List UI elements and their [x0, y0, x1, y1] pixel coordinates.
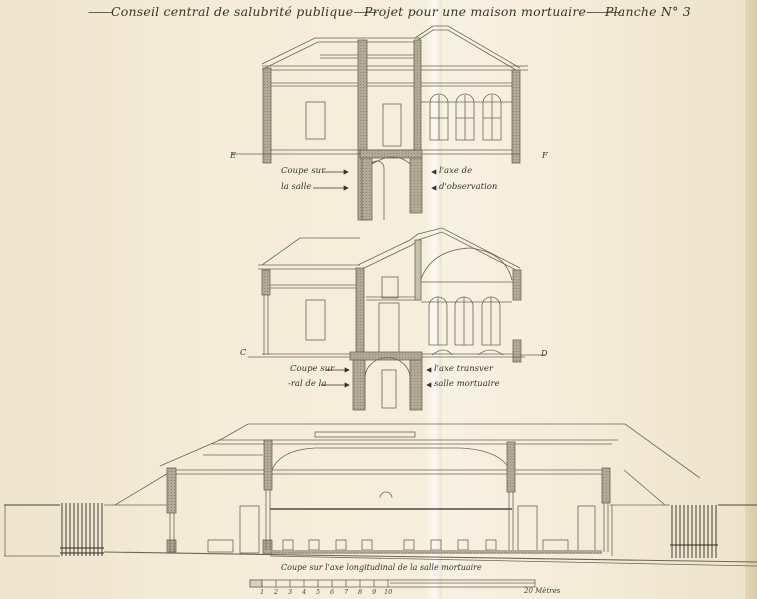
- scale-bar-graphic: [250, 580, 535, 587]
- scale-tick-4: 4: [302, 588, 306, 596]
- section-bottom-drawing: [4, 424, 757, 566]
- marker-f: F: [542, 151, 548, 160]
- middle-right-label-1: l'axe transver: [434, 364, 493, 374]
- scale-tick-2: 2: [274, 588, 278, 596]
- marker-d: D: [541, 349, 547, 358]
- top-left-label-1: Coupe sur: [281, 166, 325, 176]
- marker-e: E: [230, 151, 236, 160]
- scale-tick-8: 8: [358, 588, 362, 596]
- scale-tick-3: 3: [288, 588, 292, 596]
- scale-tick-7: 7: [344, 588, 348, 596]
- scale-tick-10: 10: [384, 588, 392, 596]
- top-right-label-2: d'observation: [439, 182, 497, 192]
- middle-left-label-2: -ral de la: [288, 379, 326, 389]
- scale-end-label: 20 Mètres: [524, 587, 560, 595]
- top-left-label-2: la salle: [281, 182, 311, 192]
- scale-tick-1: 1: [260, 588, 264, 596]
- top-right-label-1: l'axe de: [439, 166, 472, 176]
- scale-tick-9: 9: [372, 588, 376, 596]
- middle-right-label-2: salle mortuaire: [434, 379, 500, 389]
- scale-tick-6: 6: [330, 588, 334, 596]
- scale-tick-5: 5: [316, 588, 320, 596]
- marker-c: C: [240, 348, 246, 357]
- longitudinal-section-caption: Coupe sur l'axe longitudinal de la salle…: [281, 563, 482, 572]
- architectural-drawing: [0, 0, 757, 599]
- middle-left-label-1: Coupe sur: [290, 364, 334, 374]
